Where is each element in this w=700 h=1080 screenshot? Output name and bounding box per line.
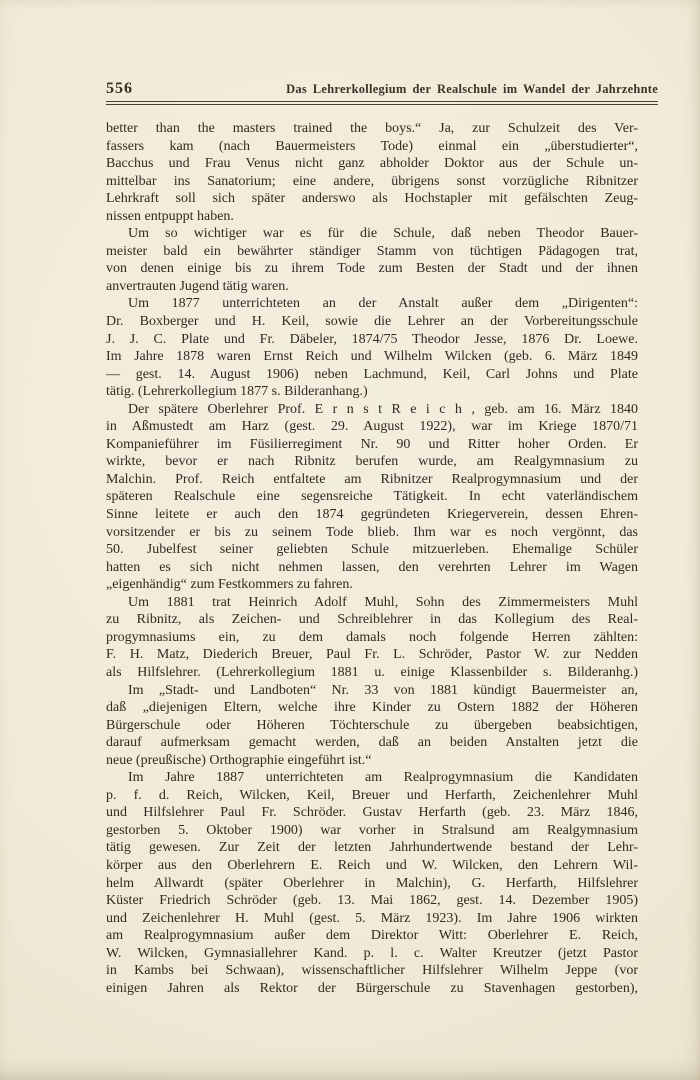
text-line: helm Allwardt (später Oberlehrer in Malc… bbox=[106, 875, 638, 893]
text-line: körper aus den Oberlehrern E. Reich und … bbox=[106, 857, 638, 875]
text-line: darauf aufmerksam gemacht werden, daß an… bbox=[106, 734, 638, 752]
text-line: und Zeichenlehrer H. Muhl (gest. 5. März… bbox=[106, 910, 638, 928]
paragraph: Im „Stadt- und Landboten“ Nr. 33 von 188… bbox=[106, 682, 638, 770]
text-line: Im „Stadt- und Landboten“ Nr. 33 von 188… bbox=[106, 682, 638, 700]
text-line: einigen Jahren als Rektor der Bürgerschu… bbox=[106, 980, 638, 998]
text-line: Bürgerschule oder Höheren Töchterschule … bbox=[106, 717, 638, 735]
text-line: Um 1881 trat Heinrich Adolf Muhl, Sohn d… bbox=[106, 594, 638, 612]
text-line: vorsitzender er bis zu seinem Tode blieb… bbox=[106, 524, 638, 542]
text-line: hatten es sich nicht nehmen lassen, den … bbox=[106, 559, 638, 577]
text-line: Dr. Boxberger und H. Keil, sowie die Leh… bbox=[106, 313, 638, 331]
text-line: Im Jahre 1878 waren Ernst Reich und Wilh… bbox=[106, 348, 638, 366]
text-line: als Hilfslehrer. (Lehrerkollegium 1881 u… bbox=[106, 664, 638, 682]
text-line: in Kambs bei Schwaan), wissenschaftliche… bbox=[106, 962, 638, 980]
text-line: am Realprogymnasium außer dem Direktor W… bbox=[106, 927, 638, 945]
text-line: mittelbar ins Sanatorium; eine andere, ü… bbox=[106, 173, 638, 191]
text-line: p. f. d. Reich, Wilcken, Keil, Breuer un… bbox=[106, 787, 638, 805]
text-line: Bacchus und Frau Venus nicht ganz abhold… bbox=[106, 155, 638, 173]
text-line: Um so wichtiger war es für die Schule, d… bbox=[106, 225, 638, 243]
text-line: — gest. 14. August 1906) neben Lachmund,… bbox=[106, 366, 638, 384]
text-line: Küster Friedrich Schröder (geb. 13. Mai … bbox=[106, 892, 638, 910]
text-line: W. Wilcken, Gymnasiallehrer Kand. p. l. … bbox=[106, 945, 638, 963]
paragraph: Um so wichtiger war es für die Schule, d… bbox=[106, 225, 638, 295]
paragraph: Um 1877 unterrichteten an der Anstalt au… bbox=[106, 295, 638, 400]
text-line: tätig gewesen. Zur Zeit der letzten Jahr… bbox=[106, 839, 638, 857]
text-line: „eigenhändig“ zum Festkommers zu fahren. bbox=[106, 576, 638, 594]
text-line: tätig. (Lehrerkollegium 1877 s. Bilderan… bbox=[106, 383, 638, 401]
text-line: Lehrkraft soll sich später anderswo als … bbox=[106, 190, 638, 208]
text-line: wirkte, bevor er nach Ribnitz berufen wu… bbox=[106, 453, 638, 471]
text-line: nissen entpuppt haben. bbox=[106, 208, 638, 226]
text-line: fassers kam (nach Bauermeisters Tode) ei… bbox=[106, 138, 638, 156]
text-line: späteren Realschule eine segensreiche Tä… bbox=[106, 488, 638, 506]
text-line: in Aßmustedt am Harz (gest. 29. August 1… bbox=[106, 418, 638, 436]
text-line: anvertrauten Jugend tätig waren. bbox=[106, 278, 638, 296]
text-line: und Hilfslehrer Paul Fr. Schröder. Gusta… bbox=[106, 804, 638, 822]
running-title: Das Lehrerkollegium der Realschule im Wa… bbox=[286, 82, 658, 98]
text-line: daß „diejenigen Eltern, welche ihre Kind… bbox=[106, 699, 638, 717]
page-content: 556 Das Lehrerkollegium der Realschule i… bbox=[106, 80, 658, 997]
text-line: Sinne leitete er auch den 1874 gegründet… bbox=[106, 506, 638, 524]
text-line: progymnasiums ein, zu dem damals noch fo… bbox=[106, 629, 638, 647]
paragraph: better than the masters trained the boys… bbox=[106, 120, 638, 225]
scanned-book-page: 556 Das Lehrerkollegium der Realschule i… bbox=[0, 0, 700, 1080]
text-line: zu Ribnitz, als Zeichen- und Schreiblehr… bbox=[106, 611, 638, 629]
body-text: better than the masters trained the boys… bbox=[106, 120, 638, 997]
text-line: 50. Jubelfest seiner geliebten Schule mi… bbox=[106, 541, 638, 559]
paragraph: Um 1881 trat Heinrich Adolf Muhl, Sohn d… bbox=[106, 594, 638, 682]
text-line: Um 1877 unterrichteten an der Anstalt au… bbox=[106, 295, 638, 313]
text-line: Im Jahre 1887 unterrichteten am Realprog… bbox=[106, 769, 638, 787]
text-line: Der spätere Oberlehrer Prof. E r n s t R… bbox=[106, 401, 638, 419]
text-line: F. H. Matz, Diederich Breuer, Paul Fr. L… bbox=[106, 646, 638, 664]
text-line: Malchin. Prof. Reich entfaltete am Ribni… bbox=[106, 471, 638, 489]
text-line: J. J. C. Plate und Fr. Däbeler, 1874/75 … bbox=[106, 331, 638, 349]
text-line: von denen einige bis zu ihrem Tode zum B… bbox=[106, 260, 638, 278]
header-rule bbox=[106, 101, 658, 105]
paragraph: Der spätere Oberlehrer Prof. E r n s t R… bbox=[106, 401, 638, 594]
page-number: 556 bbox=[106, 80, 133, 98]
text-line: Kompanieführer im Füsilierregiment Nr. 9… bbox=[106, 436, 638, 454]
text-line: neue (preußische) Orthographie eingeführ… bbox=[106, 752, 638, 770]
paragraph: Im Jahre 1887 unterrichteten am Realprog… bbox=[106, 769, 638, 997]
page-header: 556 Das Lehrerkollegium der Realschule i… bbox=[106, 80, 658, 98]
text-line: meister bald ein bewährter ständiger Sta… bbox=[106, 243, 638, 261]
text-line: gestorben 5. Oktober 1900) war vorher in… bbox=[106, 822, 638, 840]
text-line: better than the masters trained the boys… bbox=[106, 120, 638, 138]
